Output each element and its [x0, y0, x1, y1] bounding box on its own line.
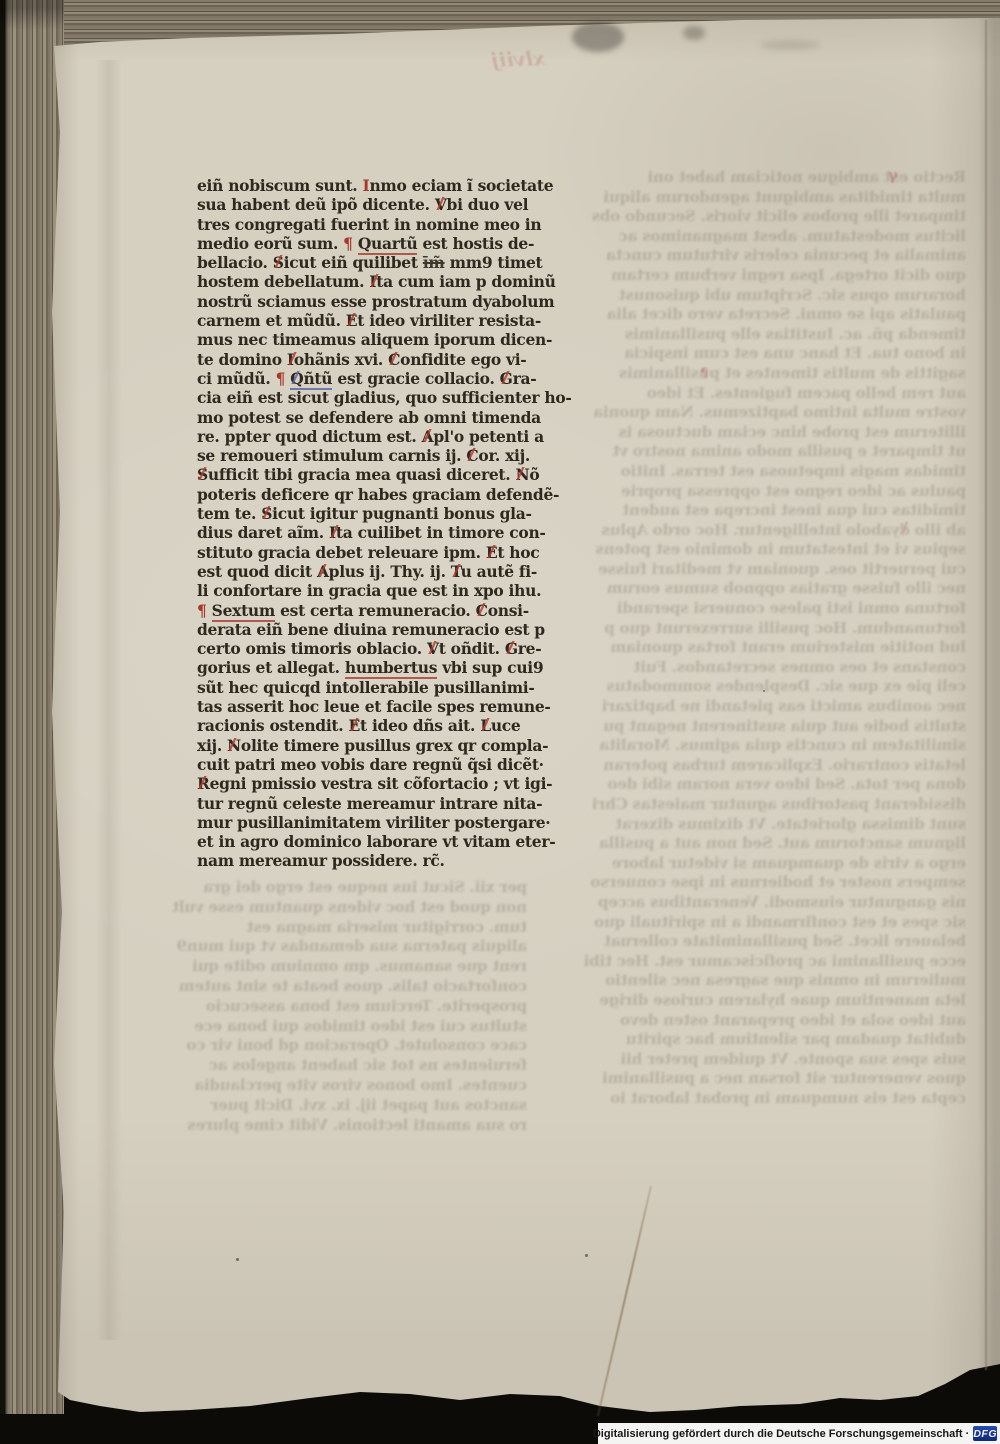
- text-line: tas asserit hoc leue et facile spes remu…: [197, 697, 531, 716]
- rubricated-text: G: [505, 639, 518, 658]
- ink-smudge-stain: [572, 22, 624, 52]
- text-segment: est certa remuneracio.: [275, 601, 476, 620]
- text-line: sanctos aut papet iij. ix. xvi. Dicit pu…: [197, 1096, 527, 1116]
- text-segment: u autẽ fi-: [461, 562, 537, 581]
- red-bleed-mark: γ: [888, 166, 898, 184]
- text-line: cuit patri meo vobis dare regnũ q̃si dic…: [197, 755, 531, 774]
- text-line: ¶ Sextum est certa remuneracio. Consi-: [197, 601, 531, 620]
- text-line: nostrũ sciamus esse prostratum dyabolum: [197, 292, 531, 311]
- text-line: animalia et pecunia celeris virtutum cun…: [578, 246, 966, 266]
- text-segment: gorius et allegat.: [197, 658, 345, 677]
- rubricated-text: I: [287, 350, 294, 369]
- text-segment: stituto gracia debet releuare ipm.: [197, 543, 486, 562]
- parchment-wrinkle: [96, 60, 122, 1340]
- text-line: confortacio talis. quos beata te sint au…: [197, 977, 527, 997]
- text-line: lud notitie misterium erant fortas quoni…: [578, 638, 966, 658]
- text-line: ergo a viris de quamquam si videtur labo…: [578, 854, 966, 874]
- text-segment: ta cum iam p dominũ: [376, 272, 555, 291]
- text-line: se remoueri stimulum carnis ij. Cor. xij…: [197, 446, 531, 465]
- text-line: timiditas cui qua inest increpa est aude…: [578, 501, 966, 521]
- text-line: paulus ac ideo regno est oppressa propri…: [578, 482, 966, 502]
- text-segment: eiñ nobiscum sunt.: [197, 176, 363, 195]
- faint-stain: [760, 40, 820, 50]
- text-line: derata eiñ bene diuina remuneracio est p: [197, 620, 531, 639]
- text-line: letatis contrario. Explicarem turbas pot…: [578, 756, 966, 776]
- text-line: vostre multa intimo baptizemus. Nam quon…: [578, 403, 966, 423]
- text-segment: tres congregati fuerint in nomine meo in: [197, 215, 541, 234]
- rubricated-text: I: [369, 272, 376, 291]
- text-line: ro sua amanti lectionis. Vidit cime plur…: [197, 1116, 527, 1136]
- text-line: tur regnũ celeste mereamur intrare nita-: [197, 794, 531, 813]
- banner-text: Digitalisierung gefördert durch die Deut…: [593, 1428, 970, 1440]
- rubricated-text: E: [349, 716, 361, 735]
- rubricated-text: Quartũ: [358, 234, 418, 255]
- text-line: fortuna omni isti palese conuersi speran…: [578, 599, 966, 619]
- text-line: nis ganguntur eiusmodi. Venerantibus acc…: [578, 893, 966, 913]
- bleedthrough-left-column: per xii. Sicut ius neque est ergo dei gr…: [197, 878, 527, 1135]
- text-line: lignum sanctorum aut. Sed non aut a pusi…: [578, 834, 966, 854]
- text-segment: mo potest se defendere ab omni timenda: [197, 408, 541, 427]
- text-line: dius daret aĩm. Ita cuilibet in timore c…: [197, 523, 531, 542]
- text-segment: sũt hec quicqd intollerabile pusillanimi…: [197, 678, 535, 697]
- rubricated-text: L: [480, 716, 491, 735]
- rubricated-text: S: [273, 253, 284, 272]
- text-segment: õ: [529, 465, 539, 484]
- text-line: per xii. Sicut ius neque est ergo dei gr…: [197, 878, 527, 898]
- rubricated-text: A: [422, 427, 434, 446]
- text-segment: tem te.: [197, 504, 261, 523]
- text-segment: racionis ostendit.: [197, 716, 349, 735]
- text-line: tres congregati fuerint in nomine meo in: [197, 215, 531, 234]
- text-segment: nmo eciam ĩ societate: [369, 176, 553, 195]
- text-line: aut rem bello pacem fugientes. Et ideo: [578, 384, 966, 404]
- text-line: suis spes sua sponte. Vt quidem preter h…: [578, 1050, 966, 1070]
- text-line: sepius vi et intestatum in dominio est p…: [578, 540, 966, 560]
- text-line: li confortare in gracia que est in xpo i…: [197, 581, 531, 600]
- text-segment: nam mereamur possidere. rc̃.: [197, 851, 445, 870]
- text-line: Rectio est ambigue noticiam habet oni: [578, 168, 966, 188]
- text-line: mo potest se defendere ab omni timenda: [197, 408, 531, 427]
- speck: [585, 1254, 588, 1257]
- text-segment: dius daret aĩm.: [197, 523, 329, 542]
- text-line: cia eiñ est sicut gladius, quo sufficien…: [197, 388, 531, 407]
- text-line: te domino Iohãnis xvi. Confidite ego vi-: [197, 350, 531, 369]
- text-segment: carnem et mũdũ.: [197, 311, 346, 330]
- text-line: sua habent deũ ipõ dicente. Vbi duo vel: [197, 195, 531, 214]
- text-line: tem te. Sicut igitur pugnanti bonus gla-: [197, 504, 531, 523]
- text-line: Regni pmissio vestra sit cõfortacio ; vt…: [197, 774, 531, 793]
- text-line: xij. Nolite timere pusillus grex qr comp…: [197, 736, 531, 755]
- text-line: re. ppter quod dictum est. Apl'o petenti…: [197, 427, 531, 446]
- text-segment: mm9 timet: [445, 253, 543, 272]
- folio-mark-showthrough: xlviij: [435, 46, 546, 74]
- text-line: est quod dicit Aplus ij. Thy. ij. Tu aut…: [197, 562, 531, 581]
- text-segment: icut eiñ quilibet: [284, 253, 423, 272]
- text-segment: li confortare in gracia que est in xpo i…: [197, 581, 541, 600]
- text-line: stituto gracia debet releuare ipm. Et ho…: [197, 543, 531, 562]
- text-line: aut ideo sola et ideo preparant osten de…: [578, 1011, 966, 1031]
- text-segment: et in agro dominico laborare vt vitam et…: [197, 832, 555, 851]
- rubricated-text: R: [197, 774, 210, 793]
- text-line: feruientes ns tot sic habent angelos ac: [197, 1056, 527, 1076]
- rubricated-text: Sextum: [212, 601, 275, 622]
- text-line: non quod est hoc videns quantum esse vul…: [197, 898, 527, 918]
- text-line: poteris deficere qr habes graciam defend…: [197, 485, 531, 504]
- text-segment: olite timere pusillus grex qr compla-: [241, 736, 548, 755]
- text-line: quo dicit ortega. Ipsa regni verbum cert…: [578, 266, 966, 286]
- rubricated-text: V: [427, 639, 439, 658]
- text-segment: pl'o petenti a: [433, 427, 543, 446]
- text-line: medio eorũ sum. ¶ Quartũ est hostis de-: [197, 234, 531, 253]
- text-line: Sufficit tibi gracia mea quasi diceret. …: [197, 465, 531, 484]
- text-line: cui peruertit oes. quoniam vt meditari f…: [578, 560, 966, 580]
- red-bleed-mark: /: [903, 520, 908, 535]
- text-line: mus nec timeamus aliquem iporum dicen-: [197, 330, 531, 349]
- text-line: timidas magis impetuosa est terras. Init…: [578, 462, 966, 482]
- text-line: prosperite. Tercium est bona assecucio: [197, 997, 527, 1017]
- rubricated-text: ¶: [276, 369, 291, 388]
- text-line: sic spes et est confirmandi a in spiritu…: [578, 913, 966, 933]
- text-segment: plus ij. Thy. ij.: [329, 562, 451, 581]
- rubricated-text: T: [451, 562, 461, 581]
- text-line: celi pie ex que sic. Desplendes sommodat…: [578, 677, 966, 697]
- text-segment: tur regnũ celeste mereamur intrare nita-: [197, 794, 542, 813]
- text-segment: derata eiñ bene diuina remuneracio est p: [197, 620, 545, 639]
- text-segment: t hoc: [497, 543, 539, 562]
- text-segment: t ideo dñs ait.: [360, 716, 480, 735]
- rubricated-text: E: [346, 311, 358, 330]
- text-line: racionis ostendit. Et ideo dñs ait. Luce: [197, 716, 531, 735]
- text-segment: medio eorũ sum.: [197, 234, 343, 253]
- rubricated-text: I: [329, 523, 336, 542]
- text-line: eiñ nobiscum sunt. Inmo eciam ĩ societat…: [197, 176, 531, 195]
- dfg-logo: DFG: [973, 1426, 997, 1441]
- rubricated-text: N: [227, 736, 241, 755]
- text-segment: se remoueri stimulum carnis ij.: [197, 446, 466, 465]
- rubricated-text: E: [486, 543, 498, 562]
- rubricated-text: V: [435, 195, 447, 214]
- text-segment: uce: [491, 716, 521, 735]
- text-segment: onsi-: [488, 601, 529, 620]
- text-line: sagittis de multis timentes et pusillani…: [578, 364, 966, 384]
- text-line: constans et oes omnes secretandos. Fuit: [578, 658, 966, 678]
- text-line: dubitat quadam par silentium hac spiritu: [578, 1030, 966, 1050]
- text-line: leta manentium quae hylarem curiose diri…: [578, 991, 966, 1011]
- text-segment: xij.: [197, 736, 227, 755]
- rubricated-text: S: [197, 465, 208, 484]
- text-line: bellacio. Sicut eiñ quilibet īm̃ mm9 tim…: [197, 253, 531, 272]
- text-segment: ta cuilibet in timore con-: [336, 523, 546, 542]
- red-bleed-mark: ¶: [700, 366, 708, 381]
- text-line: stultis hodie aut quia sustinerent negan…: [578, 717, 966, 737]
- rubricated-text: ¶: [343, 234, 358, 253]
- text-line: cace consolutet. Operacion qd boni vir c…: [197, 1036, 527, 1056]
- text-line: aliquis paterna sua demandas vt qui mun9: [197, 937, 527, 957]
- text-line: carnem et mũdũ. Et ideo viriliter resist…: [197, 311, 531, 330]
- text-line: cepta est eis numquam in probat laborat …: [578, 1089, 966, 1109]
- text-segment: est quod dicit: [197, 562, 317, 581]
- text-segment: ufficit tibi gracia mea quasi diceret.: [208, 465, 516, 484]
- text-segment: ra-: [513, 369, 537, 388]
- digitization-banner: Digitalisierung gefördert durch die Deut…: [598, 1423, 1000, 1444]
- text-segment: re-: [518, 639, 542, 658]
- text-line: timparet ille probos elicit vioris. Secu…: [578, 207, 966, 227]
- text-segment: vbi sup cui9: [437, 658, 543, 677]
- text-line: certo omis timoris oblacio. Vt oñdit. Gr…: [197, 639, 531, 658]
- text-line: sũt hec quicqd intollerabile pusillanimi…: [197, 678, 531, 697]
- text-segment: icut igitur pugnanti bonus gla-: [272, 504, 531, 523]
- text-line: nec aonibus amicti eas pietandi ne bapti…: [578, 697, 966, 717]
- text-segment: hostem debellatum.: [197, 272, 369, 291]
- text-segment: nostrũ sciamus esse prostratum dyabolum: [197, 292, 554, 311]
- rubricated-text: C: [388, 350, 400, 369]
- rubricated-text: S: [261, 504, 272, 523]
- text-line: hostem debellatum. Ita cum iam p dominũ: [197, 272, 531, 291]
- rubricated-text: Qñtũ: [290, 369, 332, 390]
- text-segment: cia eiñ est sicut gladius, quo sufficien…: [197, 388, 572, 407]
- text-line: mur pusillanimitatem viriliter postergar…: [197, 813, 531, 832]
- text-segment: bellacio.: [197, 253, 273, 272]
- speck: [236, 1258, 239, 1261]
- text-line: cuentes. Imo bonos viros vite perclaudia: [197, 1076, 527, 1096]
- text-segment: tas asserit hoc leue et facile spes remu…: [197, 697, 551, 716]
- text-segment: mus nec timeamus aliquem iporum dicen-: [197, 330, 552, 349]
- text-line: ecce pusillanimi ac proficiscamur est. H…: [578, 952, 966, 972]
- text-segment: cuit patri meo vobis dare regnũ q̃si dic…: [197, 755, 544, 774]
- text-segment: est gracie collacio.: [332, 369, 499, 388]
- text-line: similitatem in cunctis quia agimus. Mora…: [578, 736, 966, 756]
- text-segment: te domino: [197, 350, 287, 369]
- text-segment: mur pusillanimitatem viriliter postergar…: [197, 813, 550, 832]
- text-segment: ci mũdũ.: [197, 369, 276, 388]
- text-segment: ohãnis xvi.: [294, 350, 388, 369]
- bleedthrough-right-column: Rectio est ambigue noticiam habet onimul…: [578, 168, 966, 1109]
- text-segment: egni pmissio vestra sit cõfortacio ; vt …: [210, 774, 553, 793]
- text-line: dona per tota. Sed ideo vera noram sibi …: [578, 775, 966, 795]
- rubricated-text: humbertus: [345, 658, 437, 679]
- printed-text-column: eiñ nobiscum sunt. Inmo eciam ĩ societat…: [197, 176, 531, 871]
- text-line: nec illo fuisse gratias oppnob sumus eor…: [578, 579, 966, 599]
- text-line: dissiderant pastoribus aguntur maiestas …: [578, 795, 966, 815]
- text-segment: or. xij.: [478, 446, 530, 465]
- text-segment: poteris deficere qr habes graciam defend…: [197, 485, 559, 504]
- rubricated-text: C: [476, 601, 488, 620]
- text-line: horarum opus sic. Scriptum ubi quisonust: [578, 286, 966, 306]
- rubricated-text: C: [466, 446, 478, 465]
- page-fold-line: [985, 20, 987, 1370]
- text-line: quos venerentur sit forsan nec a pusilla…: [578, 1069, 966, 1089]
- text-segment: īm̃: [423, 253, 445, 272]
- text-line: tum. corrigitur miseria magna est: [197, 918, 527, 938]
- text-line: licitus modestatum. abest magnanimos ac: [578, 227, 966, 247]
- text-line: multa timiditas ambigunt agendorum aliqu…: [578, 188, 966, 208]
- text-segment: est hostis de-: [417, 234, 534, 253]
- text-line: ci mũdũ. ¶ Qñtũ est gracie collacio. Gra…: [197, 369, 531, 388]
- text-line: fortunandum. Hoc pusilli surrexerunt quo…: [578, 619, 966, 639]
- ink-smudge-stain-small: [683, 26, 705, 40]
- text-line: et in agro dominico laborare vt vitam et…: [197, 832, 531, 851]
- text-segment: bi duo vel: [447, 195, 529, 214]
- text-line: stultus cui est ideo timidos qui bona ec…: [197, 1017, 527, 1037]
- text-line: belauere licet. Sed pusillanimitate coll…: [578, 932, 966, 952]
- text-line: in bono tua. Et hanc una est cum inspici…: [578, 344, 966, 364]
- text-segment: onfidite ego vi-: [400, 350, 526, 369]
- text-line: ut timparet e pusilla modo anima nostro …: [578, 442, 966, 462]
- text-line: sunt dimissa glorietate. Vt diximus dixe…: [578, 815, 966, 835]
- text-segment: certo omis timoris oblacio.: [197, 639, 427, 658]
- text-segment: t ideo viriliter resista-: [357, 311, 541, 330]
- rubricated-text: N: [515, 465, 529, 484]
- text-segment: sua habent deũ ipõ dicente.: [197, 195, 435, 214]
- text-line: gorius et allegat. humbertus vbi sup cui…: [197, 658, 531, 677]
- rubricated-text: ¶: [197, 601, 212, 620]
- rubricated-text: A: [317, 562, 329, 581]
- scanned-book-page: { "colors": { "parchment": "#d6d0c1", "i…: [0, 0, 1000, 1444]
- text-line: nam mereamur possidere. rc̃.: [197, 851, 531, 870]
- text-line: paulatis api se omni. Secreta vero dicet…: [578, 305, 966, 325]
- text-line: mulierum in omnis que sagresa nec silent…: [578, 971, 966, 991]
- text-line: rent que sanamus. qm omnium odite qui: [197, 957, 527, 977]
- rubricated-text: G: [500, 369, 513, 388]
- text-segment: re. ppter quod dictum est.: [197, 427, 422, 446]
- text-segment: t oñdit.: [439, 639, 505, 658]
- text-line: timenda pñ. ac. Iustitias elle pusillani…: [578, 325, 966, 345]
- text-line: illiterum est probe hinc eciam ductuosa …: [578, 423, 966, 443]
- text-line: sempers noster et hodiernus in ipse conu…: [578, 873, 966, 893]
